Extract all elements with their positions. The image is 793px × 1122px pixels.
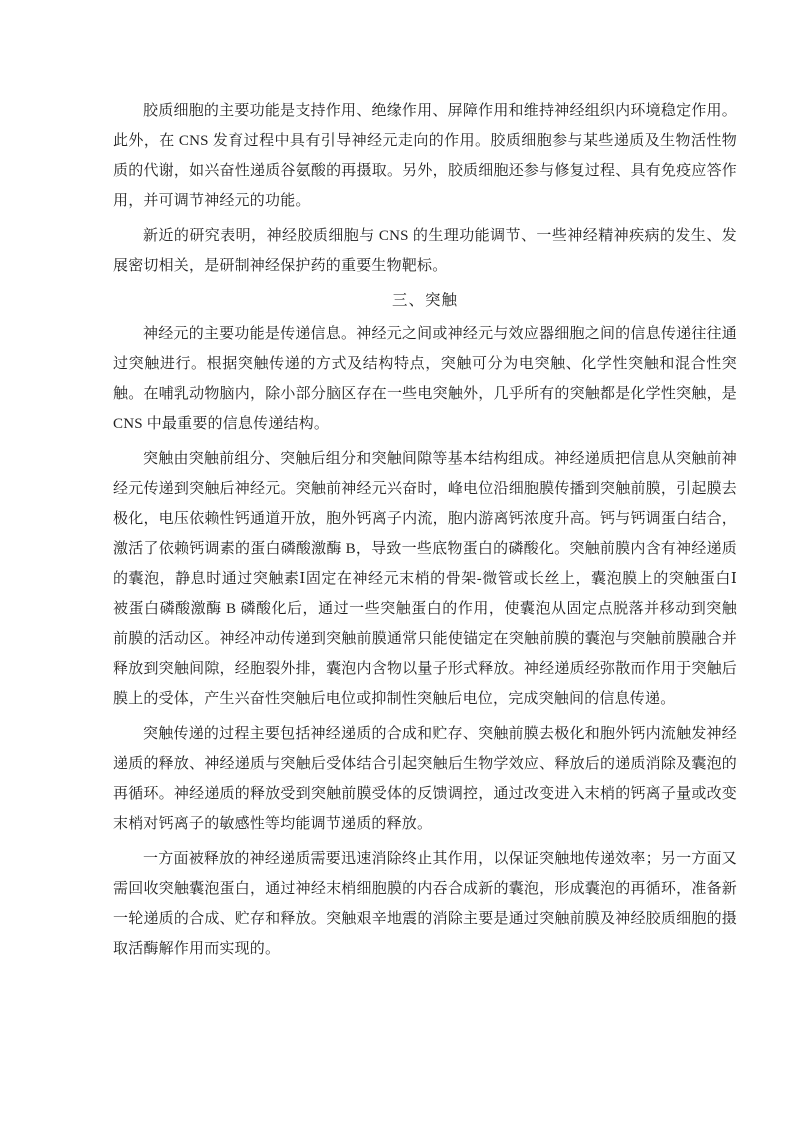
section-heading-synapse: 三、突触 (113, 286, 737, 316)
paragraph-synapse-types: 神经元的主要功能是传递信息。神经元之间或神经元与效应器细胞之间的信息传递往往通过… (113, 319, 737, 439)
paragraph-synapse-structure: 突触由突触前组分、突触后组分和突触间隙等基本结构组成。神经递质把信息从突触前神经… (113, 444, 737, 714)
document-page: 胶质细胞的主要功能是支持作用、绝缘作用、屏障作用和维持神经组织内环境稳定作用。此… (0, 0, 793, 1122)
paragraph-glial-research: 新近的研究表明，神经胶质细胞与 CNS 的生理功能调节、一些神经精神疾病的发生、… (113, 221, 737, 281)
text-block: 胶质细胞的主要功能是支持作用、绝缘作用、屏障作用和维持神经组织内环境稳定作用。此… (113, 96, 737, 969)
paragraph-glial-functions: 胶质细胞的主要功能是支持作用、绝缘作用、屏障作用和维持神经组织内环境稳定作用。此… (113, 96, 737, 216)
paragraph-synaptic-transmission-process: 突触传递的过程主要包括神经递质的合成和贮存、突触前膜去极化和胞外钙内流触发神经递… (113, 719, 737, 839)
paragraph-transmitter-clearance: 一方面被释放的神经递质需要迅速消除终止其作用，以保证突触地传递效率；另一方面又需… (113, 844, 737, 964)
